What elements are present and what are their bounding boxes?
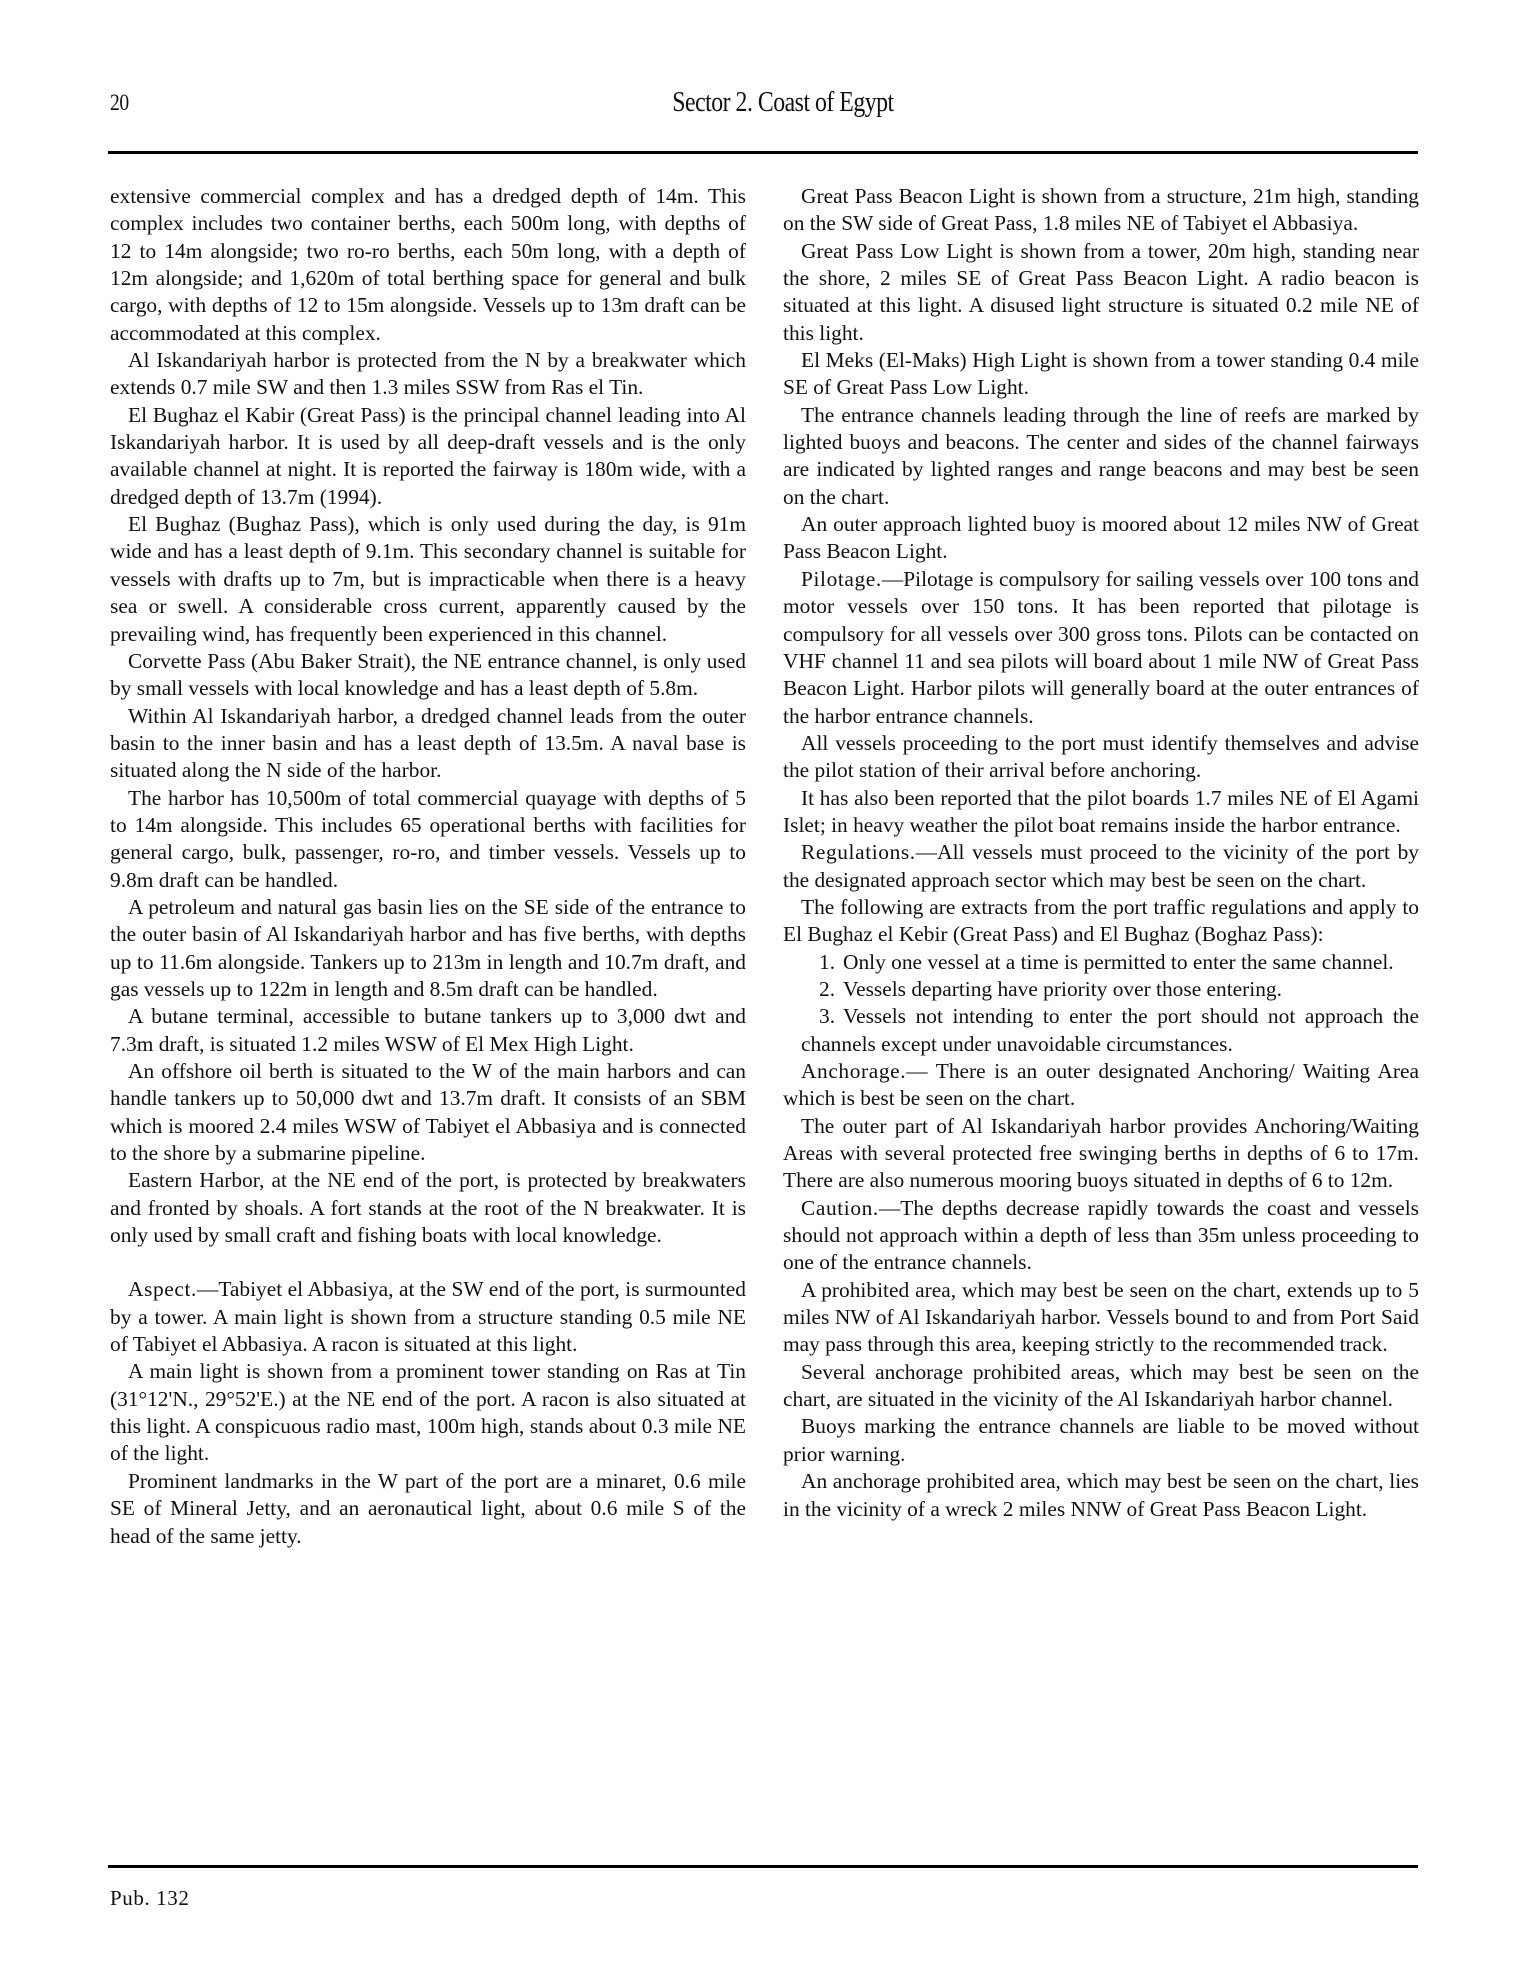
regulation-list-item: 2.Vessels departing have priority over t… [783,976,1419,1003]
paragraph: An offshore oil berth is situated to the… [110,1058,746,1167]
pilotage-heading: Pilotage. [801,567,882,591]
aspect-text: —Tabiyet el Abbasiya, at the SW end of t… [110,1277,746,1356]
publication-footer: Pub. 132 [110,1886,189,1911]
caution-heading: Caution. [801,1196,879,1220]
paragraph: Great Pass Beacon Light is shown from a … [783,183,1419,238]
caution-text: —The depths decrease rapidly towards the… [783,1196,1419,1275]
header-rule [108,151,1418,154]
paragraph: A petroleum and natural gas basin lies o… [110,894,746,1003]
page-header: 20 Sector 2. Coast of Egypt [110,86,1418,126]
list-number: 2. [819,976,843,1003]
paragraph: The outer part of Al Iskandariyah harbor… [783,1113,1419,1195]
list-number: 3. [819,1003,843,1030]
aspect-heading: Aspect. [128,1277,197,1301]
anchorage-paragraph: Anchorage.— There is an outer designated… [783,1058,1419,1113]
anchorage-heading: Anchorage. [801,1059,906,1083]
paragraph: A prohibited area, which may best be see… [783,1277,1419,1359]
paragraph: Al Iskandariyah harbor is protected from… [110,347,746,402]
paragraph: An outer approach lighted buoy is moored… [783,511,1419,566]
paragraph: Great Pass Low Light is shown from a tow… [783,238,1419,347]
regulation-list-item: 1.Only one vessel at a time is permitted… [783,949,1419,976]
paragraph: A main light is shown from a prominent t… [110,1358,746,1467]
paragraph: The entrance channels leading through th… [783,402,1419,511]
right-column: Great Pass Beacon Light is shown from a … [783,183,1419,1523]
paragraph: An anchorage prohibited area, which may … [783,1468,1419,1523]
paragraph: El Meks (El-Maks) High Light is shown fr… [783,347,1419,402]
pilotage-paragraph: Pilotage.—Pilotage is compulsory for sai… [783,566,1419,730]
list-text: Only one vessel at a time is permitted t… [843,950,1394,974]
regulation-list-item: 3.Vessels not intending to enter the por… [783,1003,1419,1058]
paragraph: extensive commercial complex and has a d… [110,183,746,347]
aspect-paragraph: Aspect.—Tabiyet el Abbasiya, at the SW e… [110,1276,746,1358]
list-number: 1. [819,949,843,976]
caution-paragraph: Caution.—The depths decrease rapidly tow… [783,1195,1419,1277]
paragraph: A butane terminal, accessible to butane … [110,1003,746,1058]
paragraph: Several anchorage prohibited areas, whic… [783,1359,1419,1414]
list-text: Vessels departing have priority over tho… [843,977,1282,1001]
regulations-paragraph: Regulations.—All vessels must proceed to… [783,839,1419,894]
paragraph: El Bughaz (Bughaz Pass), which is only u… [110,511,746,648]
paragraph: Eastern Harbor, at the NE end of the por… [110,1167,746,1249]
left-column: extensive commercial complex and has a d… [110,183,746,1550]
paragraph: The following are extracts from the port… [783,894,1419,949]
paragraph: Within Al Iskandariyah harbor, a dredged… [110,703,746,785]
paragraph: Buoys marking the entrance channels are … [783,1413,1419,1468]
paragraph: The harbor has 10,500m of total commerci… [110,785,746,894]
list-text: Vessels not intending to enter the port … [801,1004,1419,1055]
paragraph: Prominent landmarks in the W part of the… [110,1468,746,1550]
regulations-heading: Regulations. [801,840,916,864]
footer-rule [108,1865,1418,1868]
paragraph: It has also been reported that the pilot… [783,785,1419,840]
paragraph: El Bughaz el Kabir (Great Pass) is the p… [110,402,746,511]
paragraph: All vessels proceeding to the port must … [783,730,1419,785]
running-title-text: Sector 2. Coast of Egypt [672,86,893,119]
running-title: Sector 2. Coast of Egypt [110,86,1418,119]
paragraph: Corvette Pass (Abu Baker Strait), the NE… [110,648,746,703]
